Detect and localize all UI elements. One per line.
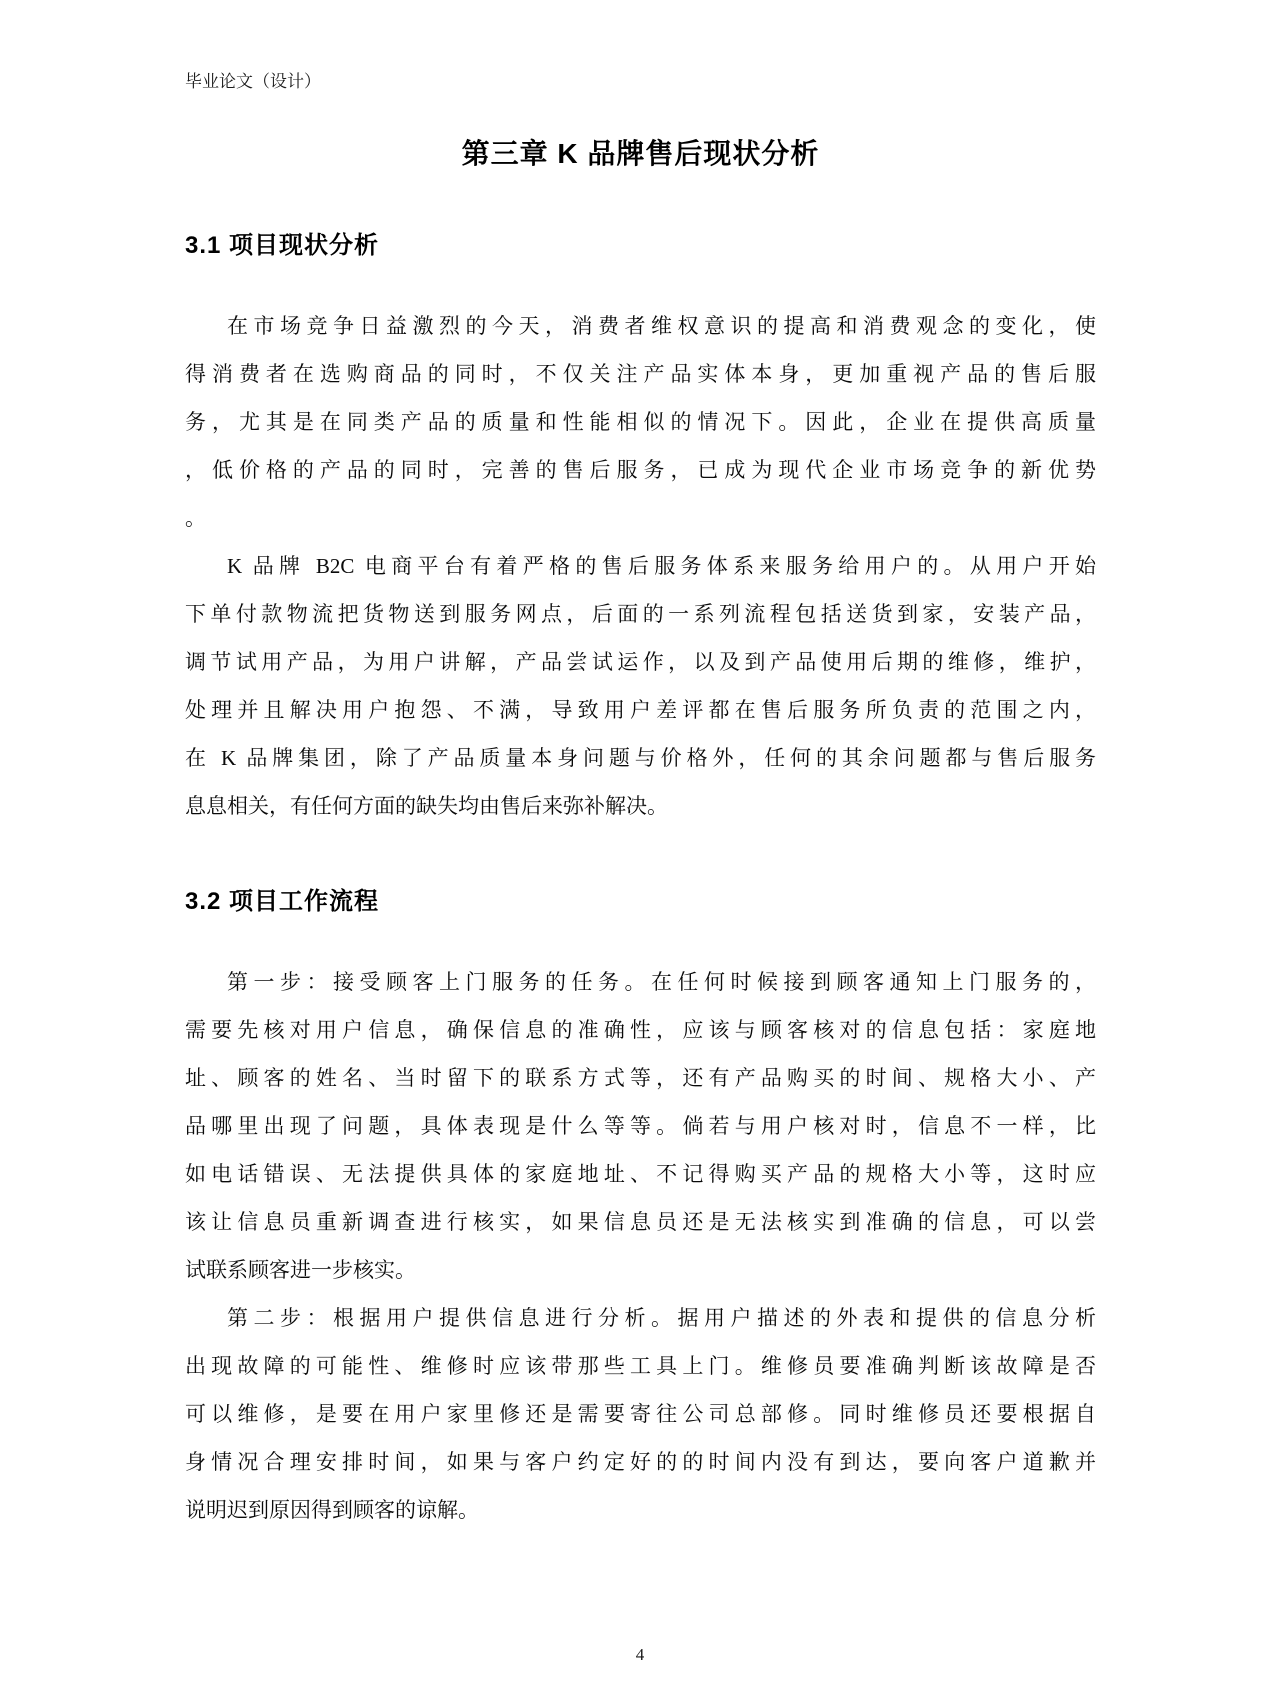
paragraph-line: 息息相关，有任何方面的缺失均由售后来弥补解决。 [185,782,1096,830]
paragraph-line: 说明迟到原因得到顾客的谅解。 [185,1486,1096,1534]
paragraph: 在市场竞争日益激烈的今天，消费者维权意识的提高和消费观念的变化，使得消费者在选购… [185,302,1096,542]
page-number: 4 [0,1645,1280,1665]
paragraph-line: 该让信息员重新调查进行核实，如果信息员还是无法核实到准确的信息，可以尝 [185,1198,1096,1246]
paragraph-line: 第二步：根据用户提供信息进行分析。据用户描述的外表和提供的信息分析 [185,1294,1096,1342]
paragraph-line: 得消费者在选购商品的同时，不仅关注产品实体本身，更加重视产品的售后服 [185,350,1096,398]
paragraph-line: 。 [185,494,1096,542]
paragraph-line: 处理并且解决用户抱怨、不满，导致用户差评都在售后服务所负责的范围之内， [185,686,1096,734]
paragraph: 第一步：接受顾客上门服务的任务。在任何时候接到顾客通知上门服务的，需要先核对用户… [185,958,1096,1294]
paragraph-line: 址、顾客的姓名、当时留下的联系方式等，还有产品购买的时间、规格大小、产 [185,1054,1096,1102]
document-page: 毕业论文（设计） 第三章 K 品牌售后现状分析 3.1 项目现状分析在市场竞争日… [0,0,1280,1707]
paragraph-line: 务，尤其是在同类产品的质量和性能相似的情况下。因此，企业在提供高质量 [185,398,1096,446]
paragraph-line: 需要先核对用户信息，确保信息的准确性，应该与顾客核对的信息包括：家庭地 [185,1006,1096,1054]
paragraph-line: 出现故障的可能性、维修时应该带那些工具上门。维修员要准确判断该故障是否 [185,1342,1096,1390]
paragraph-line: 第一步：接受顾客上门服务的任务。在任何时候接到顾客通知上门服务的， [185,958,1096,1006]
paragraph-line: 试联系顾客进一步核实。 [185,1246,1096,1294]
paragraph: 第二步：根据用户提供信息进行分析。据用户描述的外表和提供的信息分析出现故障的可能… [185,1294,1096,1534]
paragraph-line: 在市场竞争日益激烈的今天，消费者维权意识的提高和消费观念的变化，使 [185,302,1096,350]
paragraph-line: 在 K 品牌集团，除了产品质量本身问题与价格外，任何的其余问题都与售后服务 [185,734,1096,782]
paragraph-line: 下单付款物流把货物送到服务网点，后面的一系列流程包括送货到家，安装产品， [185,590,1096,638]
document-body: 3.1 项目现状分析在市场竞争日益激烈的今天，消费者维权意识的提高和消费观念的变… [185,230,1096,1534]
paragraph-line: 调节试用产品，为用户讲解，产品尝试运作，以及到产品使用后期的维修，维护， [185,638,1096,686]
paragraph-line: 身情况合理安排时间，如果与客户约定好的的时间内没有到达，要向客户道歉并 [185,1438,1096,1486]
paragraph-line: K 品牌 B2C 电商平台有着严格的售后服务体系来服务给用户的。从用户开始 [185,542,1096,590]
section-heading: 3.2 项目工作流程 [185,886,1096,918]
chapter-title: 第三章 K 品牌售后现状分析 [185,134,1096,174]
paragraph: K 品牌 B2C 电商平台有着严格的售后服务体系来服务给用户的。从用户开始下单付… [185,542,1096,830]
paragraph-line: 如电话错误、无法提供具体的家庭地址、不记得购买产品的规格大小等，这时应 [185,1150,1096,1198]
paragraph-line: ，低价格的产品的同时，完善的售后服务，已成为现代企业市场竞争的新优势 [185,446,1096,494]
paragraph-line: 可以维修，是要在用户家里修还是需要寄往公司总部修。同时维修员还要根据自 [185,1390,1096,1438]
document-header: 毕业论文（设计） [185,70,1096,94]
paragraph-line: 品哪里出现了问题，具体表现是什么等等。倘若与用户核对时，信息不一样，比 [185,1102,1096,1150]
section-heading: 3.1 项目现状分析 [185,230,1096,262]
